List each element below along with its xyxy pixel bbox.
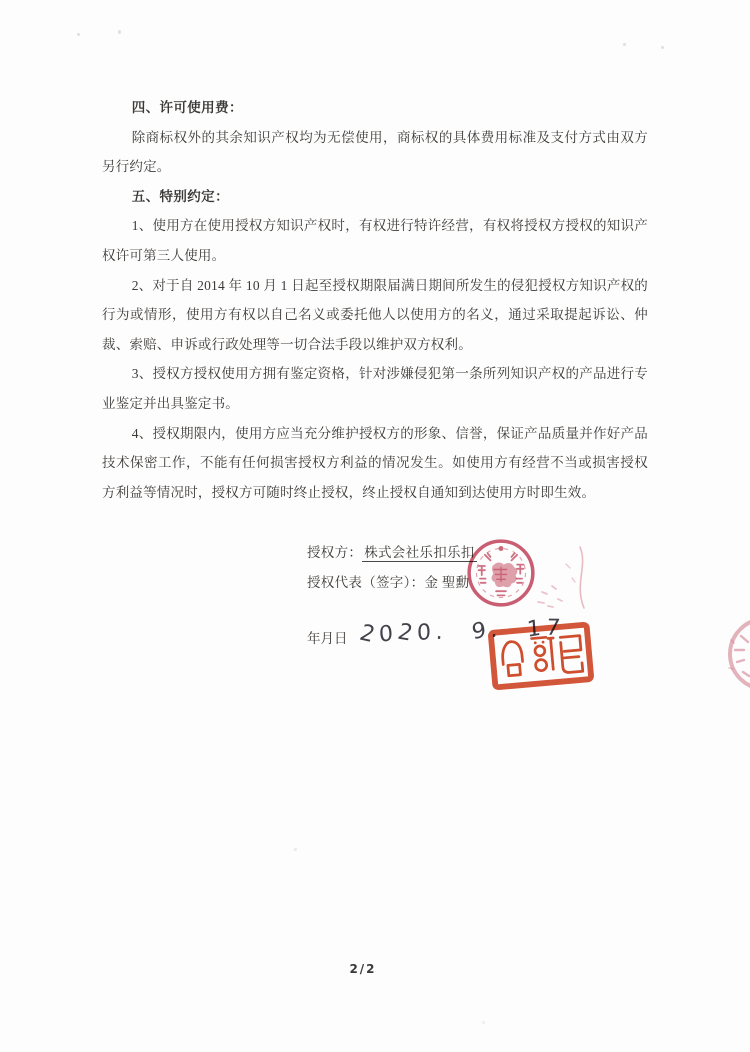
licensor-line: 授权方：株式会社乐扣乐扣 bbox=[307, 538, 477, 568]
signature-block: 授权方：株式会社乐扣乐扣 授权代表（签字）：金 聖勳 bbox=[307, 538, 477, 597]
section-heading-special-terms: 五、特别约定： bbox=[102, 182, 648, 212]
section-heading-license-fee: 四、许可使用费： bbox=[102, 93, 648, 123]
representative-label: 授权代表（签字）： bbox=[307, 575, 424, 590]
scan-speck bbox=[623, 43, 626, 46]
date-line: 年月日2020. 9. 17 bbox=[307, 622, 565, 653]
representative-line: 授权代表（签字）：金 聖勳 bbox=[307, 568, 477, 598]
scan-speck bbox=[118, 30, 121, 34]
scan-speck bbox=[294, 848, 297, 851]
licensor-name: 株式会社乐扣乐扣 bbox=[362, 545, 476, 562]
contract-text: 四、许可使用费： 除商标权外的其余知识产权均为无偿使用，商标权的具体费用标准及支… bbox=[102, 93, 648, 507]
handwritten-date: 2020. 9. 17 bbox=[359, 613, 566, 649]
date-label: 年月日 bbox=[307, 631, 348, 646]
paragraph-clause-3: 3、授权方授权使用方拥有鉴定资格，针对涉嫌侵犯第一条所列知识产权的产品进行专业鉴… bbox=[102, 359, 648, 418]
scan-speck bbox=[661, 46, 664, 49]
page-number: 2/2 bbox=[338, 962, 388, 976]
edge-partial-seal-icon bbox=[701, 610, 750, 702]
scan-speck bbox=[482, 1021, 485, 1024]
paragraph-clause-2: 2、对于自 2014 年 10 月 1 日起至授权期限届满日期间所发生的侵犯授权… bbox=[102, 271, 648, 360]
paragraph-clause-1: 1、使用方在使用授权方知识产权时，有权进行特许经营，有权将授权方授权的知识产权许… bbox=[102, 211, 648, 270]
paragraph-license-fee: 除商标权外的其余知识产权均为无偿使用，商标权的具体费用标准及支付方式由双方另行约… bbox=[102, 123, 648, 182]
representative-name: 金 聖勳 bbox=[424, 575, 469, 590]
paragraph-clause-4: 4、授权期限内，使用方应当充分维护授权方的形象、信誉，保证产品质量并作好产品技术… bbox=[102, 419, 648, 508]
licensor-label: 授权方： bbox=[307, 545, 362, 560]
scanned-contract-page: 四、许可使用费： 除商标权外的其余知识产权均为无偿使用，商标权的具体费用标准及支… bbox=[0, 0, 750, 1052]
seal-smudge-mark bbox=[528, 544, 603, 619]
scan-speck bbox=[77, 33, 80, 36]
